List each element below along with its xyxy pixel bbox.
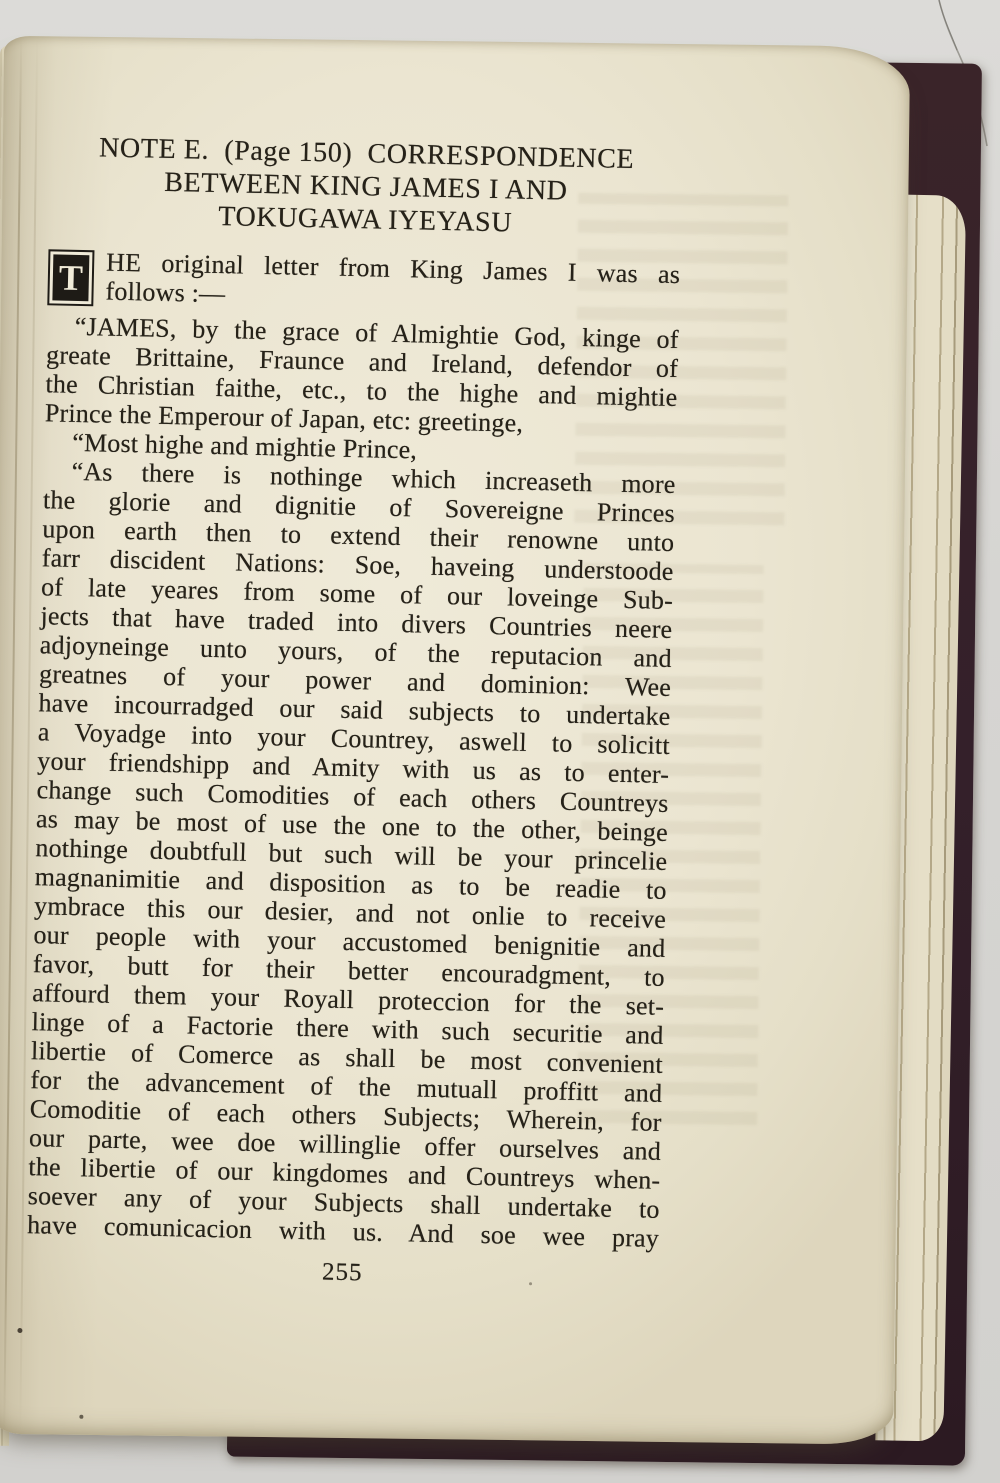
note-heading: NOTE E. (Page 150) CORRESPONDENCEBETWEEN… [49, 130, 683, 243]
book-page: NOTE E. (Page 150) CORRESPONDENCEBETWEEN… [0, 36, 910, 1445]
drop-cap: T [47, 249, 94, 306]
photo-background: NOTE E. (Page 150) CORRESPONDENCEBETWEEN… [0, 0, 1000, 1483]
intro-paragraph: T HE original letter from King James I w… [47, 246, 680, 318]
letter-body: “JAMES, by the grace of Almightie God, k… [27, 311, 679, 1253]
book: NOTE E. (Page 150) CORRESPONDENCEBETWEEN… [0, 36, 984, 1460]
page-content: NOTE E. (Page 150) CORRESPONDENCEBETWEEN… [26, 130, 683, 1294]
drop-cap-letter: T [52, 254, 89, 301]
page-number: 255 [26, 1252, 658, 1294]
intro-lines: HE original letter from King James I was… [105, 248, 680, 319]
foxing-speck [79, 1415, 83, 1419]
foxing-speck [17, 1328, 22, 1333]
